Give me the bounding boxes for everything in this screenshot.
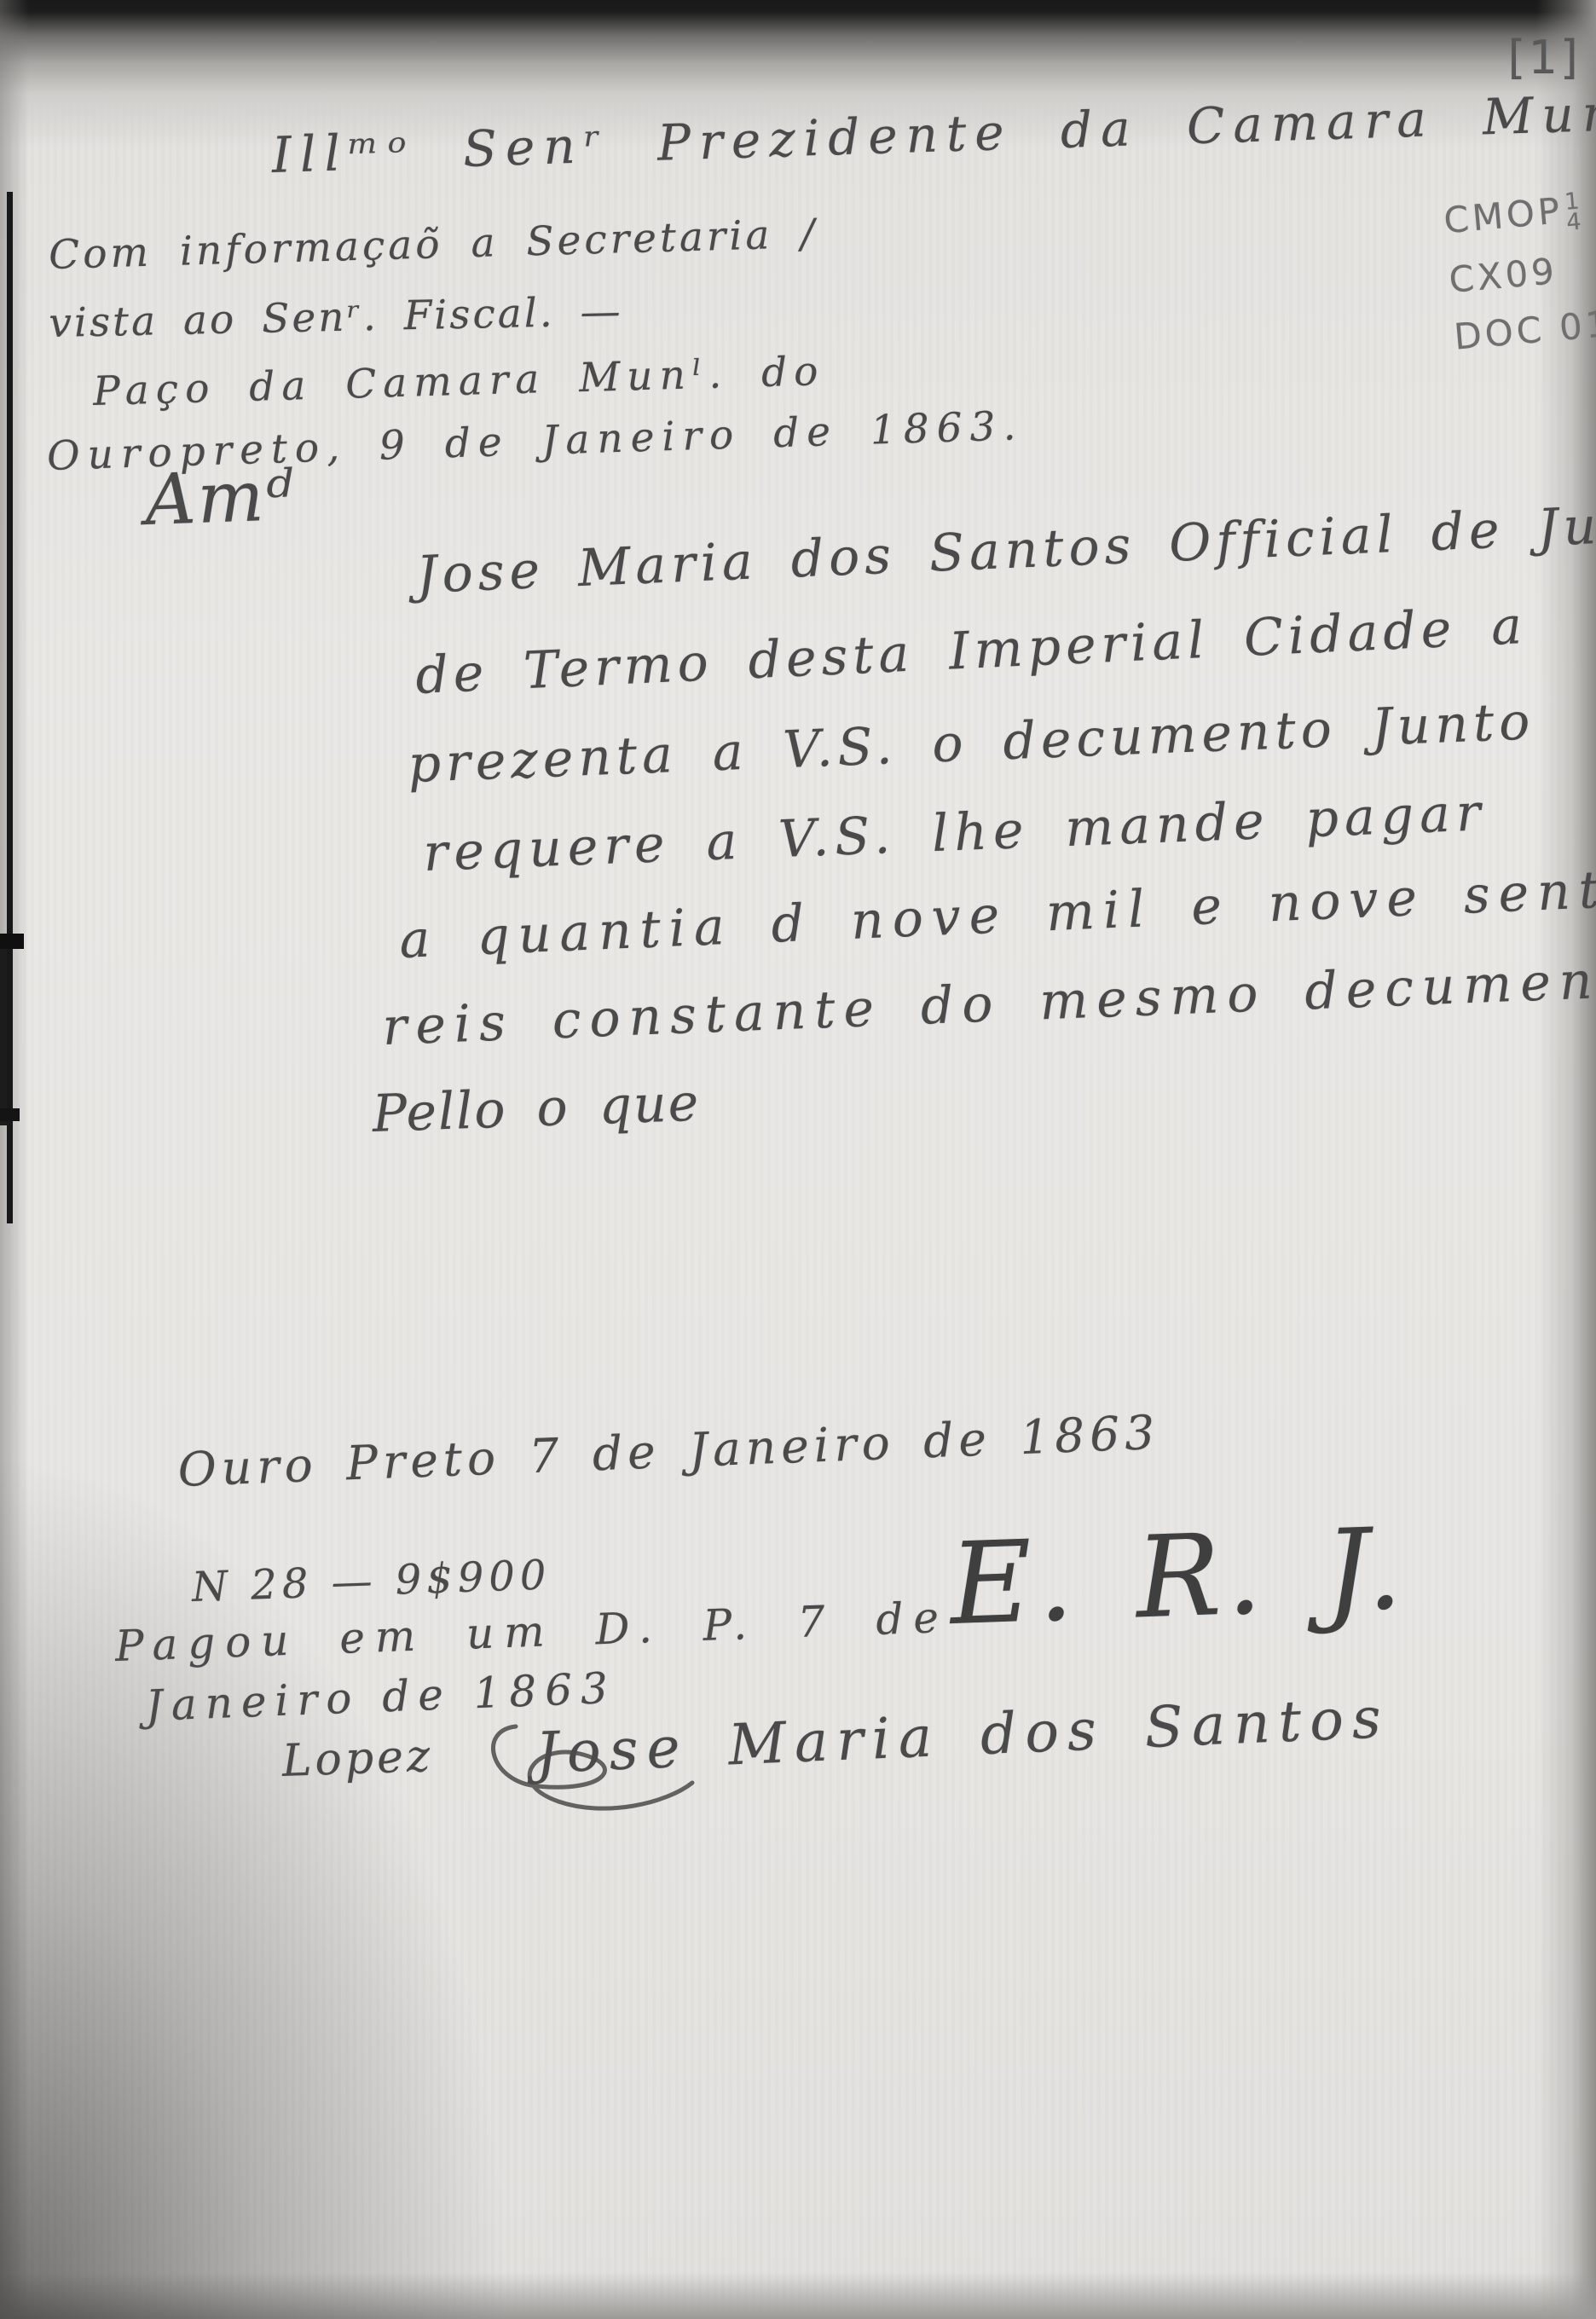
archive-code-fraction: 14 (1564, 191, 1585, 234)
scan-artifact-bracket-top (0, 934, 24, 949)
petition-line-6: reis constante do mesmo decumento, (381, 947, 1596, 1057)
scanned-document-page: [1] CMOP14 CX09 DOC 01 Illᵐᵒ Senʳ Prezid… (0, 0, 1596, 2319)
page-number: [1] (1508, 31, 1582, 84)
petition-line-1: Jose Maria dos Santos Official de Justiç… (415, 490, 1596, 605)
petition-line-7: Pello o que (372, 1073, 702, 1144)
dispatch-line-1: Com informaçaõ a Secretaria / (48, 211, 818, 279)
scan-artifact-bracket-bottom (0, 1108, 20, 1121)
petition-line-2: de Termo desta Imperial Cidade a (414, 596, 1529, 706)
scan-artifact-left-line (7, 192, 13, 1223)
dispatch-line-2: vista ao Senʳ. Fiscal. — (49, 288, 623, 347)
petition-line-4: requere a V.S. lhe mande pagar (422, 783, 1487, 883)
petition-line-3: prezenta a V.S. o decumento Junto (407, 691, 1535, 795)
clerk-signature: Lopez (281, 1731, 434, 1787)
archive-fonds-code: CMOP (1442, 189, 1564, 241)
archive-code-subscript: 4 (1565, 211, 1585, 234)
archive-document-number: DOC 01 (1452, 302, 1596, 357)
dispatch-line-3: Paço da Camara Munˡ. do (92, 348, 825, 415)
scan-artifact-bracket-stem (0, 934, 7, 1125)
archive-box-number: CX09 (1448, 246, 1596, 301)
archive-fonds-line: CMOP14 (1442, 186, 1596, 243)
receipt-dateline: Ouro Preto 7 de Janeiro de 1863 (177, 1405, 1161, 1497)
dispatch-signature-flourish: Amᵈ (144, 455, 297, 541)
approval-initials: E. R. J. (948, 1503, 1409, 1651)
archival-reference: CMOP14 CX09 DOC 01 (1442, 186, 1596, 373)
petitioner-signature: Jose Maria dos Santos (535, 1685, 1391, 1786)
